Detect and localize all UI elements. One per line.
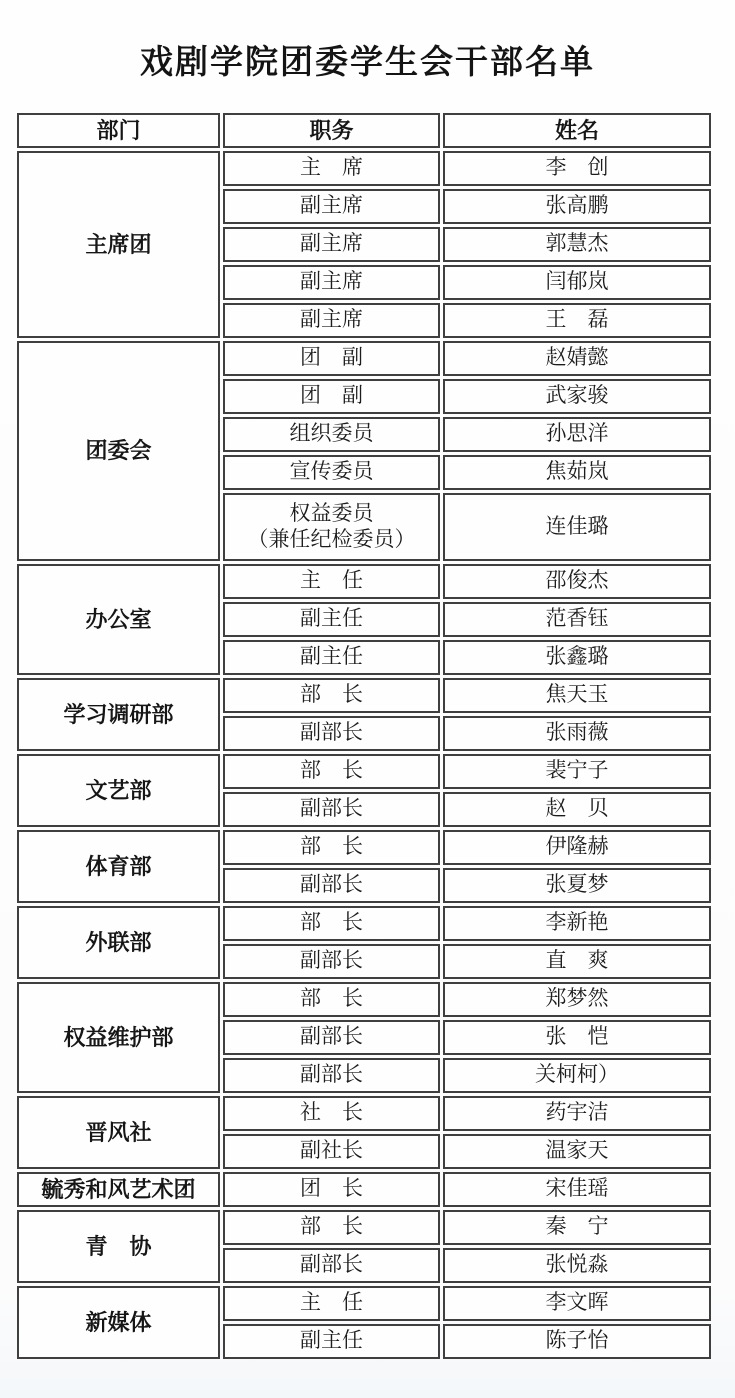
- name-cell: 李 创: [443, 151, 711, 186]
- name-cell: 孙思洋: [443, 417, 711, 452]
- name-cell: 郑梦然: [443, 982, 711, 1017]
- name-cell: 闫郁岚: [443, 265, 711, 300]
- name-cell: 武家骏: [443, 379, 711, 414]
- position-cell: 部 长: [223, 982, 440, 1017]
- department-cell: 主席团: [17, 151, 220, 338]
- name-cell: 张夏梦: [443, 868, 711, 903]
- position-cell: 副主席: [223, 265, 440, 300]
- position-cell: 副部长: [223, 868, 440, 903]
- position-cell: 副部长: [223, 716, 440, 751]
- name-cell: 范香钰: [443, 602, 711, 637]
- name-cell: 温家天: [443, 1134, 711, 1169]
- name-cell: 陈子怡: [443, 1324, 711, 1359]
- position-cell: 部 长: [223, 754, 440, 789]
- name-cell: 直 爽: [443, 944, 711, 979]
- name-cell: 张 恺: [443, 1020, 711, 1055]
- position-cell: 主 任: [223, 1286, 440, 1321]
- position-cell: 副主席: [223, 303, 440, 338]
- position-cell: 部 长: [223, 906, 440, 941]
- department-cell: 文艺部: [17, 754, 220, 827]
- position-cell: 社 长: [223, 1096, 440, 1131]
- name-cell: 张高鹏: [443, 189, 711, 224]
- name-cell: 赵 贝: [443, 792, 711, 827]
- name-cell: 裴宁子: [443, 754, 711, 789]
- position-cell: 团 副: [223, 341, 440, 376]
- name-cell: 邵俊杰: [443, 564, 711, 599]
- position-cell: 主 席: [223, 151, 440, 186]
- position-cell: 副主任: [223, 640, 440, 675]
- department-cell: 晋风社: [17, 1096, 220, 1169]
- position-cell: 副主任: [223, 1324, 440, 1359]
- header-cell-name: 姓名: [443, 113, 711, 148]
- position-cell: 部 长: [223, 1210, 440, 1245]
- department-cell: 学习调研部: [17, 678, 220, 751]
- position-cell: 宣传委员: [223, 455, 440, 490]
- position-cell: 副社长: [223, 1134, 440, 1169]
- name-cell: 张悦淼: [443, 1248, 711, 1283]
- department-cell: 体育部: [17, 830, 220, 903]
- name-cell: 关柯柯）: [443, 1058, 711, 1093]
- name-cell: 李新艳: [443, 906, 711, 941]
- position-cell: 副部长: [223, 944, 440, 979]
- name-cell: 张鑫璐: [443, 640, 711, 675]
- name-cell: 宋佳瑶: [443, 1172, 711, 1207]
- position-cell: 副主席: [223, 227, 440, 262]
- cadre-table: 部门 职务 姓名 主席团 主 席 李 创 副主席 张高鹏 副主席 郭慧杰 副主席…: [17, 113, 711, 1359]
- page: 戏剧学院团委学生会干部名单 部门 职务 姓名 主席团 主 席 李 创 副主席 张…: [0, 0, 735, 1398]
- department-cell: 外联部: [17, 906, 220, 979]
- department-cell: 新媒体: [17, 1286, 220, 1359]
- name-cell: 王 磊: [443, 303, 711, 338]
- department-cell: 团委会: [17, 341, 220, 561]
- department-cell: 青 协: [17, 1210, 220, 1283]
- position-cell: 副主任: [223, 602, 440, 637]
- name-cell: 郭慧杰: [443, 227, 711, 262]
- name-cell: 药宇洁: [443, 1096, 711, 1131]
- position-cell: 副主席: [223, 189, 440, 224]
- name-cell: 连佳璐: [443, 493, 711, 561]
- position-cell: 组织委员: [223, 417, 440, 452]
- name-cell: 焦天玉: [443, 678, 711, 713]
- name-cell: 伊隆赫: [443, 830, 711, 865]
- position-cell: 团 副: [223, 379, 440, 414]
- position-cell: 副部长: [223, 1020, 440, 1055]
- name-cell: 李文晖: [443, 1286, 711, 1321]
- position-cell: 副部长: [223, 1058, 440, 1093]
- position-cell: 主 任: [223, 564, 440, 599]
- department-cell: 毓秀和风艺术团: [17, 1172, 220, 1207]
- name-cell: 赵婧懿: [443, 341, 711, 376]
- position-cell: 部 长: [223, 678, 440, 713]
- header-cell-position: 职务: [223, 113, 440, 148]
- position-cell: 副部长: [223, 1248, 440, 1283]
- page-title: 戏剧学院团委学生会干部名单: [0, 0, 735, 83]
- header-cell-department: 部门: [17, 113, 220, 148]
- department-cell: 办公室: [17, 564, 220, 675]
- name-cell: 张雨薇: [443, 716, 711, 751]
- name-cell: 秦 宁: [443, 1210, 711, 1245]
- name-cell: 焦茹岚: [443, 455, 711, 490]
- department-cell: 权益维护部: [17, 982, 220, 1093]
- position-cell: 权益委员 （兼任纪检委员）: [223, 493, 440, 561]
- position-cell: 副部长: [223, 792, 440, 827]
- position-cell: 团 长: [223, 1172, 440, 1207]
- position-cell: 部 长: [223, 830, 440, 865]
